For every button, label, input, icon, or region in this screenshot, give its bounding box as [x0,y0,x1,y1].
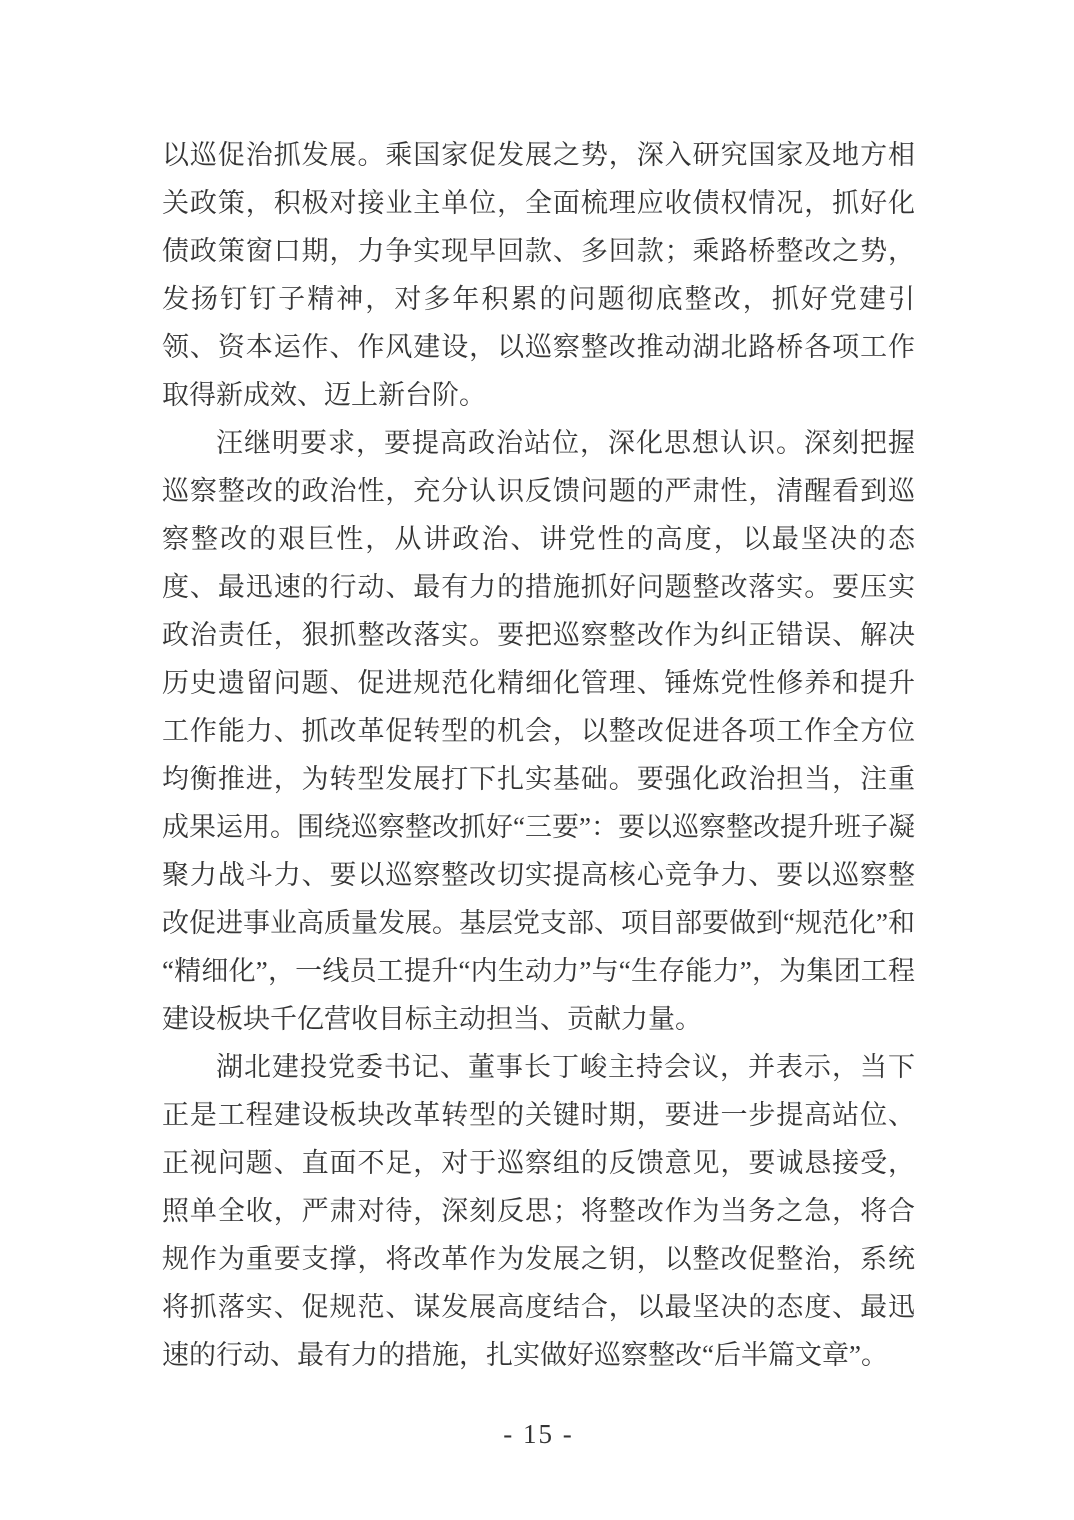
paragraph-1: 以巡促治抓发展。乘国家促发展之势，深入研究国家及地方相关政策，积极对接业主单位，… [162,131,915,419]
paragraph-3: 湖北建投党委书记、董事长丁峻主持会议，并表示，当下正是工程建设板块改革转型的关键… [162,1043,915,1379]
document-body: 以巡促治抓发展。乘国家促发展之势，深入研究国家及地方相关政策，积极对接业主单位，… [162,131,915,1379]
document-page: 以巡促治抓发展。乘国家促发展之势，深入研究国家及地方相关政策，积极对接业主单位，… [0,0,1074,1520]
paragraph-2: 汪继明要求，要提高政治站位，深化思想认识。深刻把握巡察整改的政治性，充分认识反馈… [162,419,915,1043]
page-number: - 15 - [162,1412,915,1456]
